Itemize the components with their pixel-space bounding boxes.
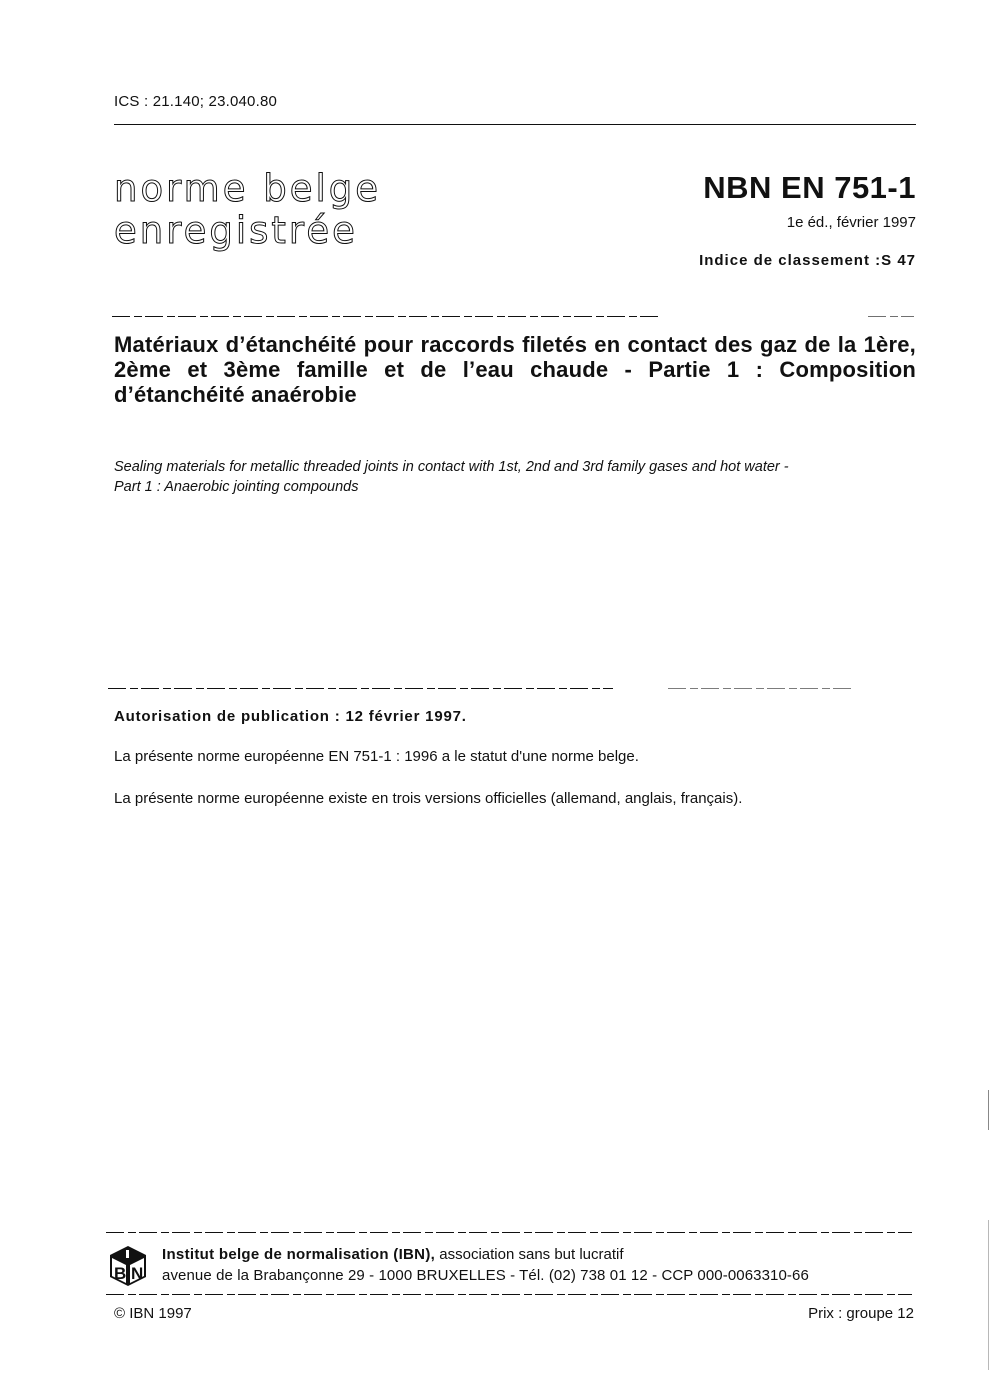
footer-divider-bottom — [106, 1294, 912, 1295]
institute-address: avenue de la Brabançonne 29 - 1000 BRUXE… — [162, 1267, 809, 1284]
copyright: © IBN 1997 — [114, 1305, 192, 1322]
svg-text:N: N — [131, 1264, 143, 1283]
english-title-line2: Part 1 : Anaerobic jointing compounds — [114, 477, 914, 497]
publication-divider-left — [108, 688, 613, 689]
versions-paragraph: La présente norme européenne existe en t… — [114, 790, 742, 807]
publication-authorization: Autorisation de publication : 12 février… — [114, 708, 467, 725]
status-paragraph: La présente norme européenne EN 751-1 : … — [114, 748, 639, 765]
institute-line: Institut belge de normalisation (IBN), a… — [162, 1246, 624, 1263]
outline-title-line1: norme belge — [114, 168, 381, 210]
authorization-label: Autorisation de publication : — [114, 708, 341, 725]
institute-name: Institut belge de normalisation (IBN), — [162, 1246, 435, 1263]
institute-description: association sans but lucratif — [435, 1246, 623, 1263]
footer-divider-top — [106, 1232, 912, 1233]
edition-date: 1e éd., février 1997 — [787, 214, 916, 231]
svg-text:B: B — [114, 1264, 126, 1283]
title-divider-right — [868, 316, 914, 317]
norme-belge-enregistree-title: norme belge enregistrée — [114, 168, 381, 252]
english-title: Sealing materials for metallic threaded … — [114, 457, 914, 497]
english-title-line1: Sealing materials for metallic threaded … — [114, 457, 914, 477]
scan-edge-mark — [988, 1220, 989, 1370]
classification-index: Indice de classement :S 47 — [699, 252, 916, 269]
classification-label: Indice de classement : — [699, 252, 881, 269]
french-title: Matériaux d’étanchéité pour raccords fil… — [114, 332, 916, 407]
ibn-cube-logo-icon: B N — [106, 1244, 150, 1288]
publication-divider-right — [668, 688, 853, 689]
price-group: Prix : groupe 12 — [808, 1305, 914, 1322]
header-divider — [114, 124, 916, 125]
scan-edge-mark — [988, 1090, 989, 1130]
authorization-date: 12 février 1997. — [346, 708, 467, 725]
outline-title-line2: enregistrée — [114, 210, 381, 252]
classification-value: S 47 — [881, 252, 916, 269]
standard-number: NBN EN 751-1 — [703, 170, 916, 206]
ics-codes: ICS : 21.140; 23.040.80 — [114, 93, 277, 110]
title-divider-left — [112, 316, 662, 317]
